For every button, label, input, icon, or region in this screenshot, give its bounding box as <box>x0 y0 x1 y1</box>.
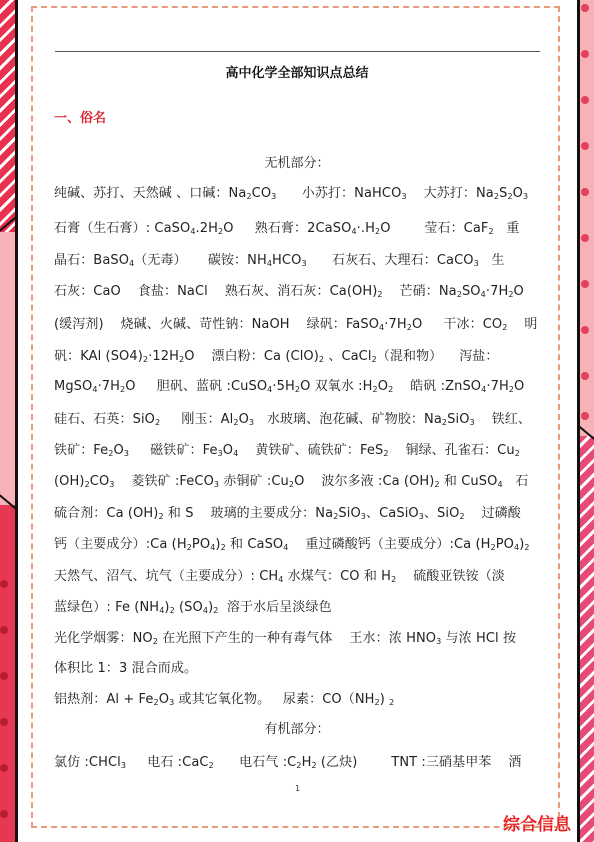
text-line: 铁矿：Fe2O3 磁铁矿：Fe3O4 黄铁矿、硫铁矿：FeS2 铜绿、孔雀石：C… <box>54 439 544 458</box>
text-line: 纯碱、苏打、天然碱 、口碱：Na2CO3 小苏打：NaHCO3 大苏打：Na2S… <box>54 182 544 201</box>
text-line: 石膏（生石膏）: CaSO4.2H2O 熟石膏：2CaSO4·.H2O 莹石：C… <box>54 217 544 236</box>
text-line: 铝热剂：Al + Fe2O3 或其它氧化物。 尿素：CO（NH2) 2 <box>54 688 544 707</box>
inorganic-heading: 无机部分： <box>0 152 594 171</box>
text-line: 天然气、沼气、坑气（主要成分）: CH4 水煤气：CO 和 H2 硫酸亚铁铵（淡 <box>54 565 544 584</box>
header-rule <box>55 51 540 52</box>
text-line: (缓泻剂) 烧碱、火碱、苛性钠：NaOH 绿矾：FaSO4·7H2O 干冰：CO… <box>54 313 544 332</box>
text-line: MgSO4·7H2O 胆矾、蓝矾 :CuSO4·5H2O 双氧水 :H2O2 皓… <box>54 375 544 394</box>
text-line: 硫合剂：Ca (OH)2 和 S 玻璃的主要成分：Na2SiO3、CaSiO3、… <box>54 502 544 521</box>
text-line: 硅石、石英：SiO2 刚玉：Al2O3 水玻璃、泡花碱、矿物胶：Na2SiO3 … <box>54 408 544 427</box>
text-line: 晶石：BaSO4（无毒） 碳铵：NH4HCO3 石灰石、大理石：CaCO3 生 <box>54 249 544 268</box>
document-page: 高中化学全部知识点总结 一、俗名 无机部分： 纯碱、苏打、天然碱 、口碱：Na2… <box>0 0 594 842</box>
page-number: 1 <box>295 784 300 793</box>
text-line: 矾：KAl (SO4)2·12H2O 漂白粉：Ca (ClO)2 、CaCl2（… <box>54 345 544 364</box>
section-heading: 一、俗名 <box>54 107 106 126</box>
text-line: 石灰：CaO 食盐：NaCl 熟石灰、消石灰：Ca(OH)2 芒硝：Na2SO4… <box>54 280 544 299</box>
organic-heading: 有机部分： <box>0 718 594 737</box>
watermark-logo: 综合信息 <box>503 810 571 835</box>
text-line: 氯仿 :CHCl3 电石 :CaC2 电石气 :C2H2 (乙炔) TNT :三… <box>54 751 544 770</box>
text-line: 钙（主要成分）:Ca (H2PO4)2 和 CaSO4 重过磷酸钙（主要成分）:… <box>54 533 544 552</box>
text-line: 蓝绿色）: Fe (NH4)2 (SO4)2 溶于水后呈淡绿色 <box>54 596 544 615</box>
text-line: 光化学烟雾：NO2 在光照下产生的一种有毒气体 王水：浓 HNO3 与浓 HCl… <box>54 627 544 646</box>
text-line: 体积比 1：3 混合而成。 <box>54 657 544 676</box>
document-title: 高中化学全部知识点总结 <box>0 62 594 81</box>
text-line: (OH)2CO3 菱铁矿 :FeCO3 赤铜矿 :Cu2O 波尔多液 :Ca (… <box>54 470 544 489</box>
